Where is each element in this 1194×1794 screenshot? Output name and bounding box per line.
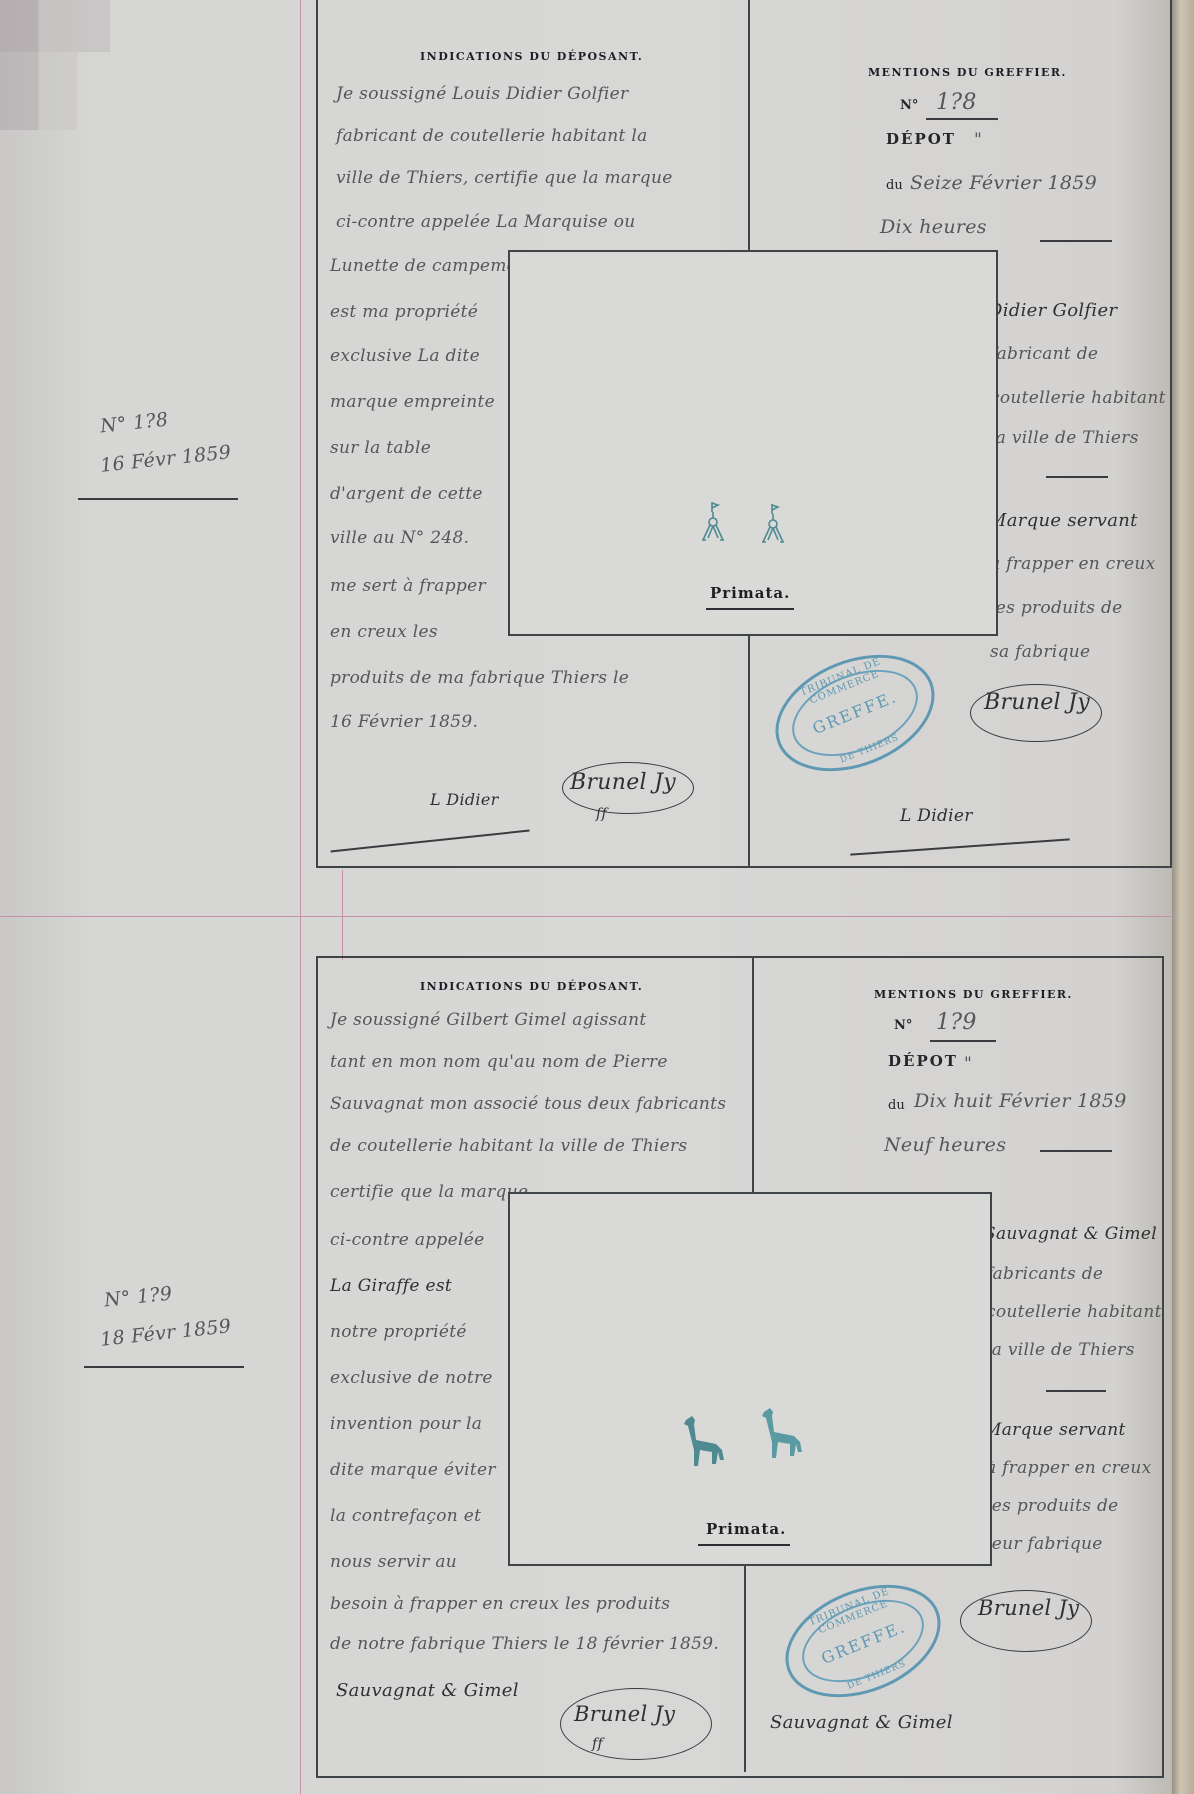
deposant-line: Lunette de campement — [330, 256, 535, 276]
greffier-right-line: coutellerie habitant — [986, 1302, 1162, 1322]
right-divider-dash — [1046, 1390, 1106, 1392]
depot-ditto: " — [964, 1054, 972, 1074]
greffier-header: MENTIONS DU GREFFIER. — [874, 988, 1073, 1001]
mark-caption: Primata. — [706, 1520, 786, 1538]
deposant-line: Je soussigné Louis Didier Golfier — [336, 84, 628, 104]
compass-mark-icon — [700, 500, 726, 544]
deposant-line: fabricant de coutellerie habitant la — [336, 126, 648, 146]
redacted-corner — [0, 0, 110, 130]
greffier-right-line: les produits de — [990, 598, 1123, 618]
number-underline — [926, 118, 998, 120]
column-divider-bottom — [748, 634, 750, 866]
depositor-signature: Sauvagnat & Gimel — [770, 1712, 953, 1733]
deposant-line: dite marque éviter — [330, 1460, 496, 1480]
signature-flourish — [560, 1688, 712, 1760]
deposant-line: Je soussigné Gilbert Gimel agissant — [330, 1010, 646, 1030]
deposit-time: Dix heures — [880, 216, 987, 238]
depot-ditto: " — [974, 130, 982, 150]
deposant-line: 16 Février 1859. — [330, 712, 478, 732]
left-margin-rule — [300, 0, 301, 1794]
greffier-right-line: Marque servant — [984, 1420, 1126, 1440]
entry-separator-rule — [0, 916, 1172, 917]
entry-1-mark-box: Primata. — [508, 250, 998, 636]
greffier-right-line: sa fabrique — [990, 642, 1090, 662]
deposit-time: Neuf heures — [884, 1134, 1006, 1156]
deposant-line: d'argent de cette — [330, 484, 483, 504]
margin-underline — [84, 1366, 244, 1368]
caption-underline — [706, 608, 794, 610]
deposant-line: est ma propriété — [330, 302, 478, 322]
depot-label: DÉPOT — [888, 1052, 958, 1070]
number-label: N° — [900, 98, 918, 113]
date-prefix: du — [888, 1098, 905, 1113]
deposant-line: tant en mon nom qu'au nom de Pierre — [330, 1052, 668, 1072]
margin-rule-segment — [342, 870, 343, 960]
greffier-right-line: la ville de Thiers — [986, 1340, 1135, 1360]
deposant-line: certifie que la marque — [330, 1182, 528, 1202]
deposit-number: 1?8 — [936, 90, 977, 115]
greffier-right-line: fabricant de — [990, 344, 1098, 364]
greffier-header: MENTIONS DU GREFFIER. — [868, 66, 1067, 79]
depot-label: DÉPOT — [886, 130, 956, 148]
deposant-line: exclusive La dite — [330, 346, 480, 366]
time-underline — [1040, 1150, 1112, 1152]
caption-underline — [698, 1544, 790, 1546]
signature-flourish — [562, 762, 694, 814]
greffier-right-line: Sauvagnat & Gimel — [984, 1224, 1157, 1244]
book-binding-edge — [1172, 0, 1194, 1794]
greffier-right-line: la ville de Thiers — [990, 428, 1139, 448]
giraffe-mark-icon — [760, 1406, 806, 1460]
time-underline — [1040, 240, 1112, 242]
signature-flourish — [960, 1590, 1092, 1652]
deposant-line: ci-contre appelée La Marquise ou — [336, 212, 636, 232]
deposant-line: de notre fabrique Thiers le 18 février 1… — [330, 1634, 719, 1654]
deposant-header: INDICATIONS DU DÉPOSANT. — [420, 50, 643, 63]
deposant-line: de coutellerie habitant la ville de Thie… — [330, 1136, 687, 1156]
signature-depositor: Sauvagnat & Gimel — [336, 1680, 519, 1701]
greffier-right-line: Marque servant — [988, 510, 1138, 531]
number-underline — [930, 1040, 996, 1042]
deposant-line: besoin à frapper en creux les produits — [330, 1594, 670, 1614]
signature-flourish — [970, 684, 1102, 742]
deposit-date: Seize Février 1859 — [910, 172, 1097, 194]
signature-depositor: L Didier — [430, 790, 499, 809]
deposant-line: notre propriété — [330, 1322, 467, 1342]
date-prefix: du — [886, 178, 903, 193]
deposant-header: INDICATIONS DU DÉPOSANT. — [420, 980, 643, 993]
greffier-right-line: les produits de — [986, 1496, 1119, 1516]
greffier-right-line: fabricants de — [986, 1264, 1103, 1284]
giraffe-mark-icon — [682, 1414, 728, 1468]
column-divider-top — [748, 0, 750, 256]
deposant-line: ville de Thiers, certifie que la marque — [336, 168, 673, 188]
deposit-number: 1?9 — [936, 1010, 977, 1035]
greffier-right-line: leur fabrique — [986, 1534, 1103, 1554]
greffier-right-line: à frapper en creux — [986, 1458, 1152, 1478]
deposit-date: Dix huit Février 1859 — [914, 1090, 1127, 1112]
deposant-line: La Giraffe est — [330, 1276, 452, 1296]
deposant-line: marque empreinte — [330, 392, 495, 412]
margin-underline — [78, 498, 238, 500]
deposant-line: nous servir au — [330, 1552, 457, 1572]
column-divider-top — [752, 958, 754, 1192]
deposant-line: en creux les — [330, 622, 438, 642]
greffier-right-line: à frapper en creux — [990, 554, 1156, 574]
number-label: N° — [894, 1018, 912, 1033]
greffier-right-line: coutellerie habitant — [990, 388, 1166, 408]
depositor-signature: L Didier — [900, 806, 973, 826]
entry-2-mark-box: Primata. — [508, 1192, 992, 1566]
mark-caption: Primata. — [710, 584, 790, 602]
deposant-line: sur la table — [330, 438, 431, 458]
deposant-line: me sert à frapper — [330, 576, 486, 596]
deposant-line: ville au N° 248. — [330, 528, 469, 548]
deposant-line: produits de ma fabrique Thiers le — [330, 668, 629, 688]
deposant-line: ci-contre appelée — [330, 1230, 484, 1250]
column-divider-bottom — [744, 1564, 746, 1772]
deposant-line: invention pour la — [330, 1414, 482, 1434]
deposant-line: la contrefaçon et — [330, 1506, 481, 1526]
deposant-line: exclusive de notre — [330, 1368, 493, 1388]
right-divider-dash — [1046, 476, 1108, 478]
deposant-line: Sauvagnat mon associé tous deux fabrican… — [330, 1094, 726, 1114]
greffier-right-line: Didier Golfier — [988, 300, 1117, 321]
compass-mark-icon — [760, 502, 786, 546]
